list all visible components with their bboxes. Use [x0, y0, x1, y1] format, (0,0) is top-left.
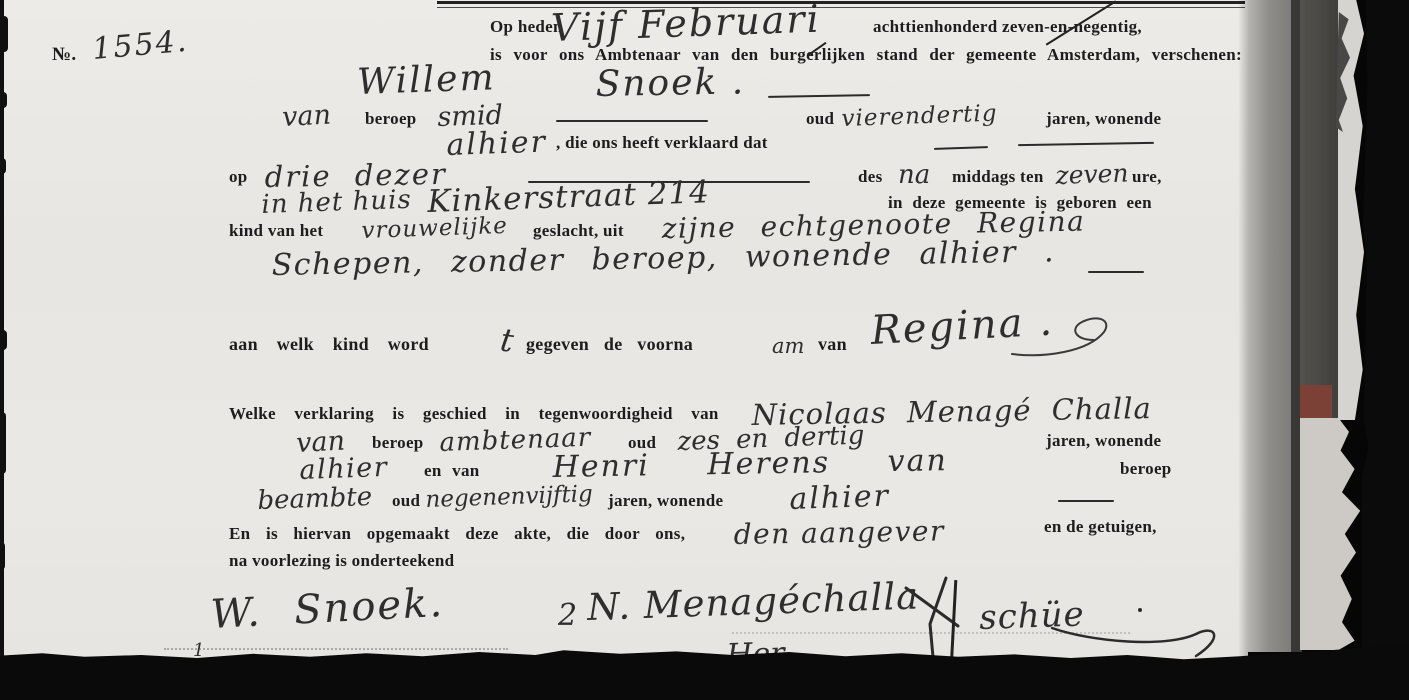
gutter-gray-band — [1248, 0, 1293, 652]
printed-jaren-wonende3: jaren, wonende — [608, 491, 723, 511]
hw-uur-zeven: zeven — [1055, 158, 1129, 190]
printed-jaren-wonende: jaren, wonende — [1046, 109, 1161, 129]
hw-dash — [556, 120, 708, 122]
hw-dash — [1058, 500, 1114, 502]
printed-aan-welk-kind: aan welk kind word — [229, 334, 429, 355]
printed-welke-verklaring: Welke verklaring is geschied in tegenwoo… — [229, 404, 719, 424]
printed-ure: ure, — [1132, 167, 1162, 187]
scanned-birth-record: №. 1554. Op heden Vijf Februari achttien… — [0, 0, 1409, 700]
hw-alhier: alhier — [446, 125, 548, 163]
act-number-label: №. — [52, 44, 76, 66]
printed-year: achttienhonderd zeven-en-negentig, — [873, 17, 1142, 37]
printed-beroep: beroep — [365, 109, 417, 129]
scanner-black-right — [1362, 0, 1409, 700]
printed-en-is-hiervan: En is hiervan opgemaakt deze akte, die d… — [229, 524, 685, 544]
signature-paraaf-flourish — [1048, 602, 1238, 662]
hw-dash — [1088, 271, 1144, 273]
signature-index-2: 2 — [558, 598, 577, 633]
hw-age-34: vierendertig — [841, 101, 998, 132]
pen-flourish-regina — [1008, 312, 1118, 360]
hw-am: am — [772, 334, 804, 358]
printed-verklaard-dat: , die ons heeft verklaard dat — [556, 133, 768, 153]
signature-dotted-line — [164, 648, 508, 650]
hw-beroep-beambte: beambte — [257, 482, 373, 516]
printed-middags-ten: middags ten — [952, 167, 1044, 187]
printed-des: des — [858, 167, 883, 187]
printed-ambtenaar-line: is voor ons Ambtenaar van den burgerlijk… — [490, 45, 1242, 65]
left-edge-tear — [0, 16, 8, 52]
hw-declarant-last: Snoek . — [595, 61, 745, 105]
hw-declarant-first: Willem — [357, 57, 497, 103]
left-edge-tear — [0, 158, 6, 174]
hw-alhier2: alhier — [299, 452, 389, 486]
printed-na-voorlezing: na voorlezing is onderteekend — [229, 551, 454, 571]
hw-den-aangever: den aangever — [733, 514, 945, 551]
printed-oud: oud — [806, 109, 834, 129]
printed-jaren-wonende2: jaren, wonende — [1046, 431, 1161, 451]
left-edge-tear — [0, 330, 7, 350]
printed-beroep2: beroep — [372, 433, 424, 453]
left-edge-tear — [0, 92, 7, 108]
hw-in-het-huis: in het huis — [261, 185, 412, 220]
printed-en-van: en van — [424, 461, 480, 481]
printed-geslacht-uit: geslacht, uit — [533, 221, 624, 241]
printed-en-de-getuigen: en de getuigen, — [1044, 517, 1157, 537]
hw-van: van — [281, 99, 331, 133]
torn-page-edge-lower — [1300, 418, 1370, 650]
printed-kind-van-het: kind van het — [229, 221, 323, 241]
printed-van: van — [818, 334, 847, 355]
hw-na: na — [898, 160, 930, 190]
gutter-dark-strip — [1300, 0, 1338, 420]
printed-op: op — [229, 167, 248, 187]
top-rule-thick — [437, 1, 1245, 4]
left-edge-tear — [0, 412, 6, 474]
hw-alhier3: alhier — [789, 479, 891, 517]
printed-oud3: oud — [392, 491, 420, 511]
left-edge-tear — [0, 542, 5, 570]
printed-beroep3: beroep — [1120, 459, 1172, 479]
hw-geslacht: vrouwelijke — [361, 213, 508, 244]
printed-gegeven-voorna: gegeven de voorna — [526, 334, 693, 355]
